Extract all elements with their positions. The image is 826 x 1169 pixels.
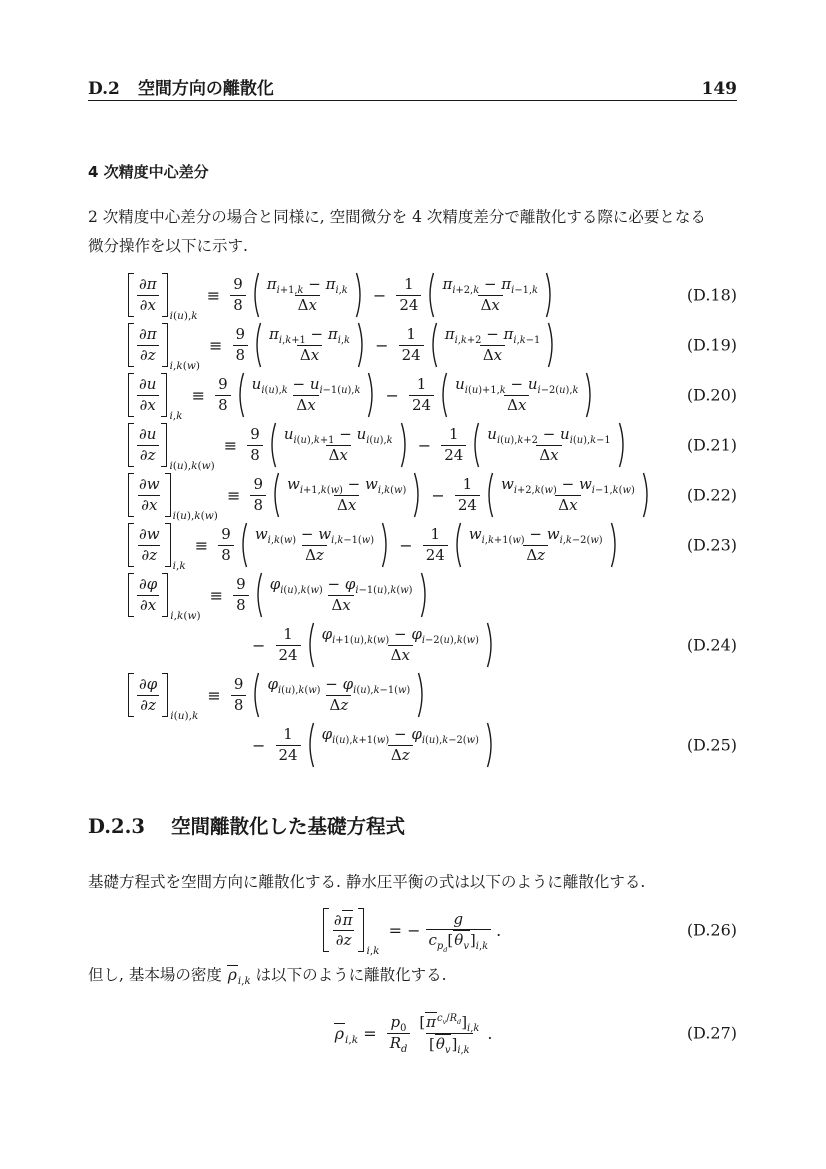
paren-left-icon [252,322,262,368]
math-text: − [252,736,271,755]
numerator: g [450,910,466,930]
fraction: φi+1(u),k(w) − φi−2(u),k(w)Δx [319,625,482,665]
denominator: 8 [215,395,231,416]
equation-line: ∂w∂zi,k ≡ 98wi,k(w) − wi,k−1(w)Δz − 124w… [0,520,826,570]
equation-number: (D.26) [687,921,737,940]
equation-number: (D.18) [687,286,737,305]
numerator: 9 [230,275,246,295]
paren-right-icon [486,722,496,768]
paren-left-icon [253,572,263,618]
fraction: 124 [441,425,466,465]
paren-left-icon [250,272,260,318]
denominator: Δx [293,395,318,416]
left-bracket [128,273,134,317]
numerator: 1 [446,425,462,445]
note-text-after: は以下のように離散化する. [251,966,447,984]
fraction: 98 [215,375,231,415]
paren-right-icon [367,372,377,418]
equation-27-block: ρi,k = p0Rd[πcv/Rd]i,k[θv]i,k.(D.27) [0,998,826,1068]
fraction: ∂φ∂x [136,573,160,617]
equation-line: − 124φi+1(u),k(w) − φi−2(u),k(w)Δx(D.24) [0,620,826,670]
left-bracket [128,673,134,717]
paren-right-icon [417,672,427,718]
denominator: Δz [523,545,548,566]
numerator: ui(u),k+1 − ui(u),k [281,425,396,445]
fraction: [πcv/Rd]i,k[θv]i,k [416,1012,482,1054]
equation: ρi,k = p0Rd[πcv/Rd]i,k[θv]i,k.(D.27) [0,998,826,1068]
numerator: 9 [231,675,247,695]
denominator: Δx [555,495,580,516]
numerator: 9 [233,575,249,595]
intro-line-1: 2 次精度中心差分の場合と同様に, 空間微分を 4 次精度差分で離散化する際に必… [88,208,706,226]
numerator: 1 [401,275,417,295]
bracketed-derivative: ∂π∂xi(u),k [128,273,198,317]
fraction: 98 [250,475,266,515]
bracketed-derivative: ∂w∂xi(u),k(w) [128,473,218,517]
right-bracket [162,673,168,717]
header-rule [88,100,737,101]
page-number: 149 [702,79,738,99]
intro-paragraph: 2 次精度中心差分の場合と同様に, 空間微分を 4 次精度差分で離散化する際に必… [88,203,748,261]
denominator: ∂z [137,345,159,366]
paragraph-heading: 4 次精度中心差分 [88,161,209,182]
denominator: 24 [399,345,424,366]
denominator: ∂z [138,545,160,566]
fraction: ui(u),k − ui−1(u),kΔx [249,375,364,415]
paren-right-icon [400,422,410,468]
left-bracket [128,523,134,567]
left-bracket [128,473,134,517]
fraction: πi+2,k − πi−1,kΔx [439,275,541,315]
equation-line: − 124φi(u),k+1(w) − φi(u),k−2(w)Δz(D.25) [0,720,826,770]
denominator: Δx [504,395,529,416]
note-paragraph: 但し, 基本場の密度 ρi,k は以下のように離散化する. [88,961,748,989]
numerator: ∂π [331,910,357,931]
right-bracket [165,523,171,567]
fraction: 124 [399,325,424,365]
fraction: 98 [233,325,249,365]
inline-math-rho: ρi,k [227,966,251,984]
left-bracket [128,323,134,367]
paren-right-icon [585,372,595,418]
denominator: Δx [388,645,413,666]
bracketed-derivative: ∂w∂zi,k [128,523,186,567]
denominator: 24 [409,395,434,416]
left-bracket [323,908,329,952]
denominator: 24 [396,295,421,316]
denominator: 8 [231,695,247,716]
denominator: 24 [441,445,466,466]
denominator: Δx [480,345,505,366]
right-bracket [162,323,168,367]
fraction: ui(u)+1,k − ui−2(u),kΔx [452,375,581,415]
header-section-title: 空間方向の離散化 [138,79,274,99]
math-text: ≡ [202,286,226,305]
equation-line: ∂φ∂zi(u),k ≡ 98φi(u),k(w) − φi(u),k−1(w)… [0,670,826,720]
paren-right-icon [545,272,555,318]
denominator: Δz [302,545,327,566]
fraction: ∂π∂z [331,908,357,952]
fraction: ui(u),k+1 − ui(u),kΔx [281,425,396,465]
math-text: ≡ [202,686,226,705]
running-header-left: D.2空間方向の離散化 [88,74,274,99]
equation-line: ∂u∂zi(u),k(w) ≡ 98ui(u),k+1 − ui(u),kΔx … [0,420,826,470]
numerator: 1 [414,375,430,395]
fraction: ui(u),k+2 − ui(u),k−1Δx [484,425,613,465]
numerator: wi+1,k(w) − wi,k(w) [284,475,409,495]
numerator: φi(u),k(w) − φi(u),k−1(w) [264,675,413,695]
document-page: D.2空間方向の離散化 149 4 次精度中心差分 2 次精度中心差分の場合と同… [0,0,826,1169]
numerator: 9 [247,425,263,445]
denominator: ∂x [137,395,159,416]
denominator: ∂x [138,495,160,516]
note-text-before: 但し, 基本場の密度 [88,966,227,984]
numerator: ∂φ [136,575,160,595]
equation: ∂φ∂zi(u),k ≡ 98φi(u),k(w) − φi(u),k−1(w)… [0,670,826,770]
equation-number: (D.24) [687,636,737,655]
math-text: = − [384,921,421,940]
paren-right-icon [610,522,620,568]
fraction: p0Rd [387,1013,411,1053]
running-header: D.2空間方向の離散化 149 [88,74,737,99]
paren-right-icon [486,622,496,668]
math-text: ≡ [204,336,228,355]
equation: ∂π∂zi,k(w) ≡ 98πi,k+1 − πi,kΔx − 124πi,k… [0,320,826,370]
paren-left-icon [305,622,315,668]
numerator: φi(u),k+1(w) − φi(u),k−2(w) [319,725,482,745]
numerator: πi,k+2 − πi,k−1 [442,325,544,345]
equation: ∂u∂zi(u),k(w) ≡ 98ui(u),k+1 − ui(u),kΔx … [0,420,826,470]
denominator: Δx [334,495,359,516]
equation-number: (D.27) [687,1024,737,1043]
numerator: ∂φ [136,675,160,695]
numerator: 1 [460,475,476,495]
numerator: 9 [250,475,266,495]
numerator: φi+1(u),k(w) − φi−2(u),k(w) [319,625,482,645]
section-heading: D.2.3空間離散化した基礎方程式 [88,811,405,839]
numerator: ui(u)+1,k − ui−2(u),k [452,375,581,395]
numerator: wi+2,k(w) − wi−1,k(w) [498,475,638,495]
right-bracket [162,273,168,317]
numerator: φi(u),k(w) − φi−1(u),k(w) [267,575,416,595]
math-text: ≡ [222,486,246,505]
numerator: [πcv/Rd]i,k [416,1012,482,1033]
numerator: πi+1,k − πi,k [264,275,351,295]
bracketed-derivative: ∂u∂zi(u),k(w) [128,423,215,467]
fraction: πi,k+1 − πi,kΔx [266,325,353,365]
denominator: [θv]i,k [426,1033,473,1055]
fraction: 124 [455,475,480,515]
paren-right-icon [357,322,367,368]
denominator: Δx [536,445,561,466]
denominator: 8 [247,445,263,466]
fraction: ∂π∂x [136,273,160,317]
numerator: πi,k+1 − πi,k [266,325,353,345]
denominator: 8 [233,595,249,616]
denominator: 8 [218,545,234,566]
fraction: wi,k(w) − wi,k−1(w)Δz [252,525,377,565]
denominator: ∂z [333,930,355,951]
numerator: 9 [233,325,249,345]
numerator: πi+2,k − πi−1,k [439,275,541,295]
fraction: φi(u),k(w) − φi−1(u),k(w)Δx [267,575,416,615]
equation: ∂φ∂xi,k(w) ≡ 98φi(u),k(w) − φi−1(u),k(w)… [0,570,826,670]
denominator: Δz [326,695,351,716]
paren-left-icon [452,522,462,568]
body-paragraph: 基礎方程式を空間方向に離散化する. 静水圧平衡の式は以下のように離散化する. [88,868,748,896]
equation-line: ∂π∂zi,k(w) ≡ 98πi,k+1 − πi,kΔx − 124πi,k… [0,320,826,370]
fraction: 124 [423,525,448,565]
bracketed-derivative: ∂π∂zi,k(w) [128,323,200,367]
math-text: . [496,921,501,940]
numerator: 9 [218,525,234,545]
math-text: − [380,386,404,405]
bracket-subscript: i,k [366,945,379,956]
equation-line: ∂u∂xi,k ≡ 98ui(u),k − ui−1(u),kΔx − 124u… [0,370,826,420]
equation-line: ∂w∂xi(u),k(w) ≡ 98wi+1,k(w) − wi,k(w)Δx … [0,470,826,520]
section-title: 空間離散化した基礎方程式 [171,815,405,838]
numerator: ∂π [136,275,160,295]
paren-left-icon [235,372,245,418]
numerator: ∂w [136,525,163,545]
paren-left-icon [270,472,280,518]
fraction: gcpd[θv]i,k [426,910,492,951]
numerator: ∂w [136,475,163,495]
equation-number: (D.25) [687,736,737,755]
paren-right-icon [381,522,391,568]
fraction: ∂w∂z [136,523,163,567]
numerator: wi,k(w) − wi,k−1(w) [252,525,377,545]
fraction: wi+2,k(w) − wi−1,k(w)Δx [498,475,638,515]
math-text: ≡ [190,536,214,555]
denominator: Δx [326,445,351,466]
equations-block-main: ∂π∂xi(u),k ≡ 98πi+1,k − πi,kΔx − 124πi+2… [0,270,826,770]
denominator: 8 [230,295,246,316]
numerator: ∂u [136,425,159,445]
denominator: 8 [233,345,249,366]
equation: ∂u∂xi,k ≡ 98ui(u),k − ui−1(u),kΔx − 124u… [0,370,826,420]
math-text: − [426,486,450,505]
fraction: πi,k+2 − πi,k−1Δx [442,325,544,365]
denominator: cpd[θv]i,k [426,929,492,951]
fraction: ∂φ∂z [136,673,160,717]
denominator: ∂x [137,595,159,616]
paren-right-icon [413,472,423,518]
math-text: ≡ [205,586,229,605]
paren-right-icon [618,422,628,468]
fraction: wi,k+1(w) − wi,k−2(w)Δz [466,525,606,565]
right-bracket [162,573,168,617]
equation-number: (D.19) [687,336,737,355]
numerator: 9 [215,375,231,395]
header-section-number: D.2 [88,79,120,99]
denominator: ∂z [137,695,159,716]
equation-line: ∂π∂xi(u),k ≡ 98πi+1,k − πi,kΔx − 124πi+2… [0,270,826,320]
numerator: ∂π [136,325,160,345]
bracketed-derivative: ∂φ∂xi,k(w) [128,573,201,617]
denominator: Rd [387,1033,411,1054]
left-bracket [128,423,134,467]
fraction: 98 [233,575,249,615]
equation: ∂w∂zi,k ≡ 98wi,k(w) − wi,k−1(w)Δz − 124w… [0,520,826,570]
denominator: Δz [388,745,413,766]
numerator: 1 [403,325,419,345]
math-text: − [394,536,418,555]
paren-left-icon [305,722,315,768]
right-bracket [161,423,167,467]
denominator: 8 [250,495,266,516]
denominator: 24 [423,545,448,566]
paren-right-icon [642,472,652,518]
math-text: − [252,636,271,655]
right-bracket [165,473,171,517]
left-bracket [128,373,134,417]
equation-line: ∂φ∂xi,k(w) ≡ 98φi(u),k(w) − φi−1(u),k(w)… [0,570,826,620]
paren-left-icon [428,322,438,368]
fraction: 98 [230,275,246,315]
fraction: 124 [396,275,421,315]
paren-right-icon [420,572,430,618]
paren-right-icon [355,272,365,318]
equation-line: ∂π∂zi,k = −gcpd[θv]i,k.(D.26) [0,899,826,961]
denominator: ∂z [137,445,159,466]
equation-number: (D.20) [687,386,737,405]
numerator: 1 [280,625,296,645]
paren-left-icon [438,372,448,418]
fraction: 124 [276,625,301,665]
left-bracket [128,573,134,617]
equation-number: (D.22) [687,486,737,505]
intro-line-2: 微分操作を以下に示す. [88,237,248,255]
math-text: − [368,286,392,305]
numerator: p0 [388,1013,410,1033]
bracketed-derivative: ∂π∂zi,k [323,908,380,952]
bracketed-derivative: ∂u∂xi,k [128,373,183,417]
paren-left-icon [425,272,435,318]
numerator: ui(u),k − ui−1(u),k [249,375,364,395]
equation: ∂π∂zi,k = −gcpd[θv]i,k.(D.26) [0,899,826,961]
fraction: ∂u∂x [136,373,159,417]
fraction: φi(u),k+1(w) − φi(u),k−2(w)Δz [319,725,482,765]
equation-line: ρi,k = p0Rd[πcv/Rd]i,k[θv]i,k.(D.27) [0,998,826,1068]
denominator: 24 [276,645,301,666]
fraction: πi+1,k − πi,kΔx [264,275,351,315]
math-text: ρi,k = [334,1023,382,1043]
equation-26-block: ∂π∂zi,k = −gcpd[θv]i,k.(D.26) [0,899,826,961]
fraction: ∂u∂z [136,423,159,467]
numerator: 1 [280,725,296,745]
equation: ∂w∂xi(u),k(w) ≡ 98wi+1,k(w) − wi,k(w)Δx … [0,470,826,520]
right-bracket [161,373,167,417]
numerator: ui(u),k+2 − ui(u),k−1 [484,425,613,445]
fraction: 124 [276,725,301,765]
fraction: φi(u),k(w) − φi(u),k−1(w)Δz [264,675,413,715]
paren-left-icon [470,422,480,468]
bracketed-derivative: ∂φ∂zi(u),k [128,673,198,717]
fraction: ∂π∂z [136,323,160,367]
fraction: 124 [409,375,434,415]
math-text: . [487,1024,492,1043]
paren-left-icon [267,422,277,468]
denominator: 24 [455,495,480,516]
equation-number: (D.23) [687,536,737,555]
paren-left-icon [484,472,494,518]
paren-left-icon [250,672,260,718]
denominator: Δx [328,595,353,616]
numerator: 1 [427,525,443,545]
fraction: 98 [247,425,263,465]
fraction: wi+1,k(w) − wi,k(w)Δx [284,475,409,515]
math-text: − [370,336,394,355]
math-text: ≡ [219,436,243,455]
denominator: 24 [276,745,301,766]
section-number: D.2.3 [88,815,145,838]
denominator: Δx [295,295,320,316]
numerator: wi,k+1(w) − wi,k−2(w) [466,525,606,545]
denominator: ∂x [137,295,159,316]
math-text: ≡ [187,386,211,405]
fraction: 98 [218,525,234,565]
denominator: Δx [297,345,322,366]
paren-left-icon [238,522,248,568]
numerator: ∂u [136,375,159,395]
math-text: − [413,436,437,455]
fraction: 98 [231,675,247,715]
equation-number: (D.21) [687,436,737,455]
paren-right-icon [547,322,557,368]
denominator: Δx [478,295,503,316]
right-bracket [358,908,364,952]
fraction: ∂w∂x [136,473,163,517]
equation: ∂π∂xi(u),k ≡ 98πi+1,k − πi,kΔx − 124πi+2… [0,270,826,320]
